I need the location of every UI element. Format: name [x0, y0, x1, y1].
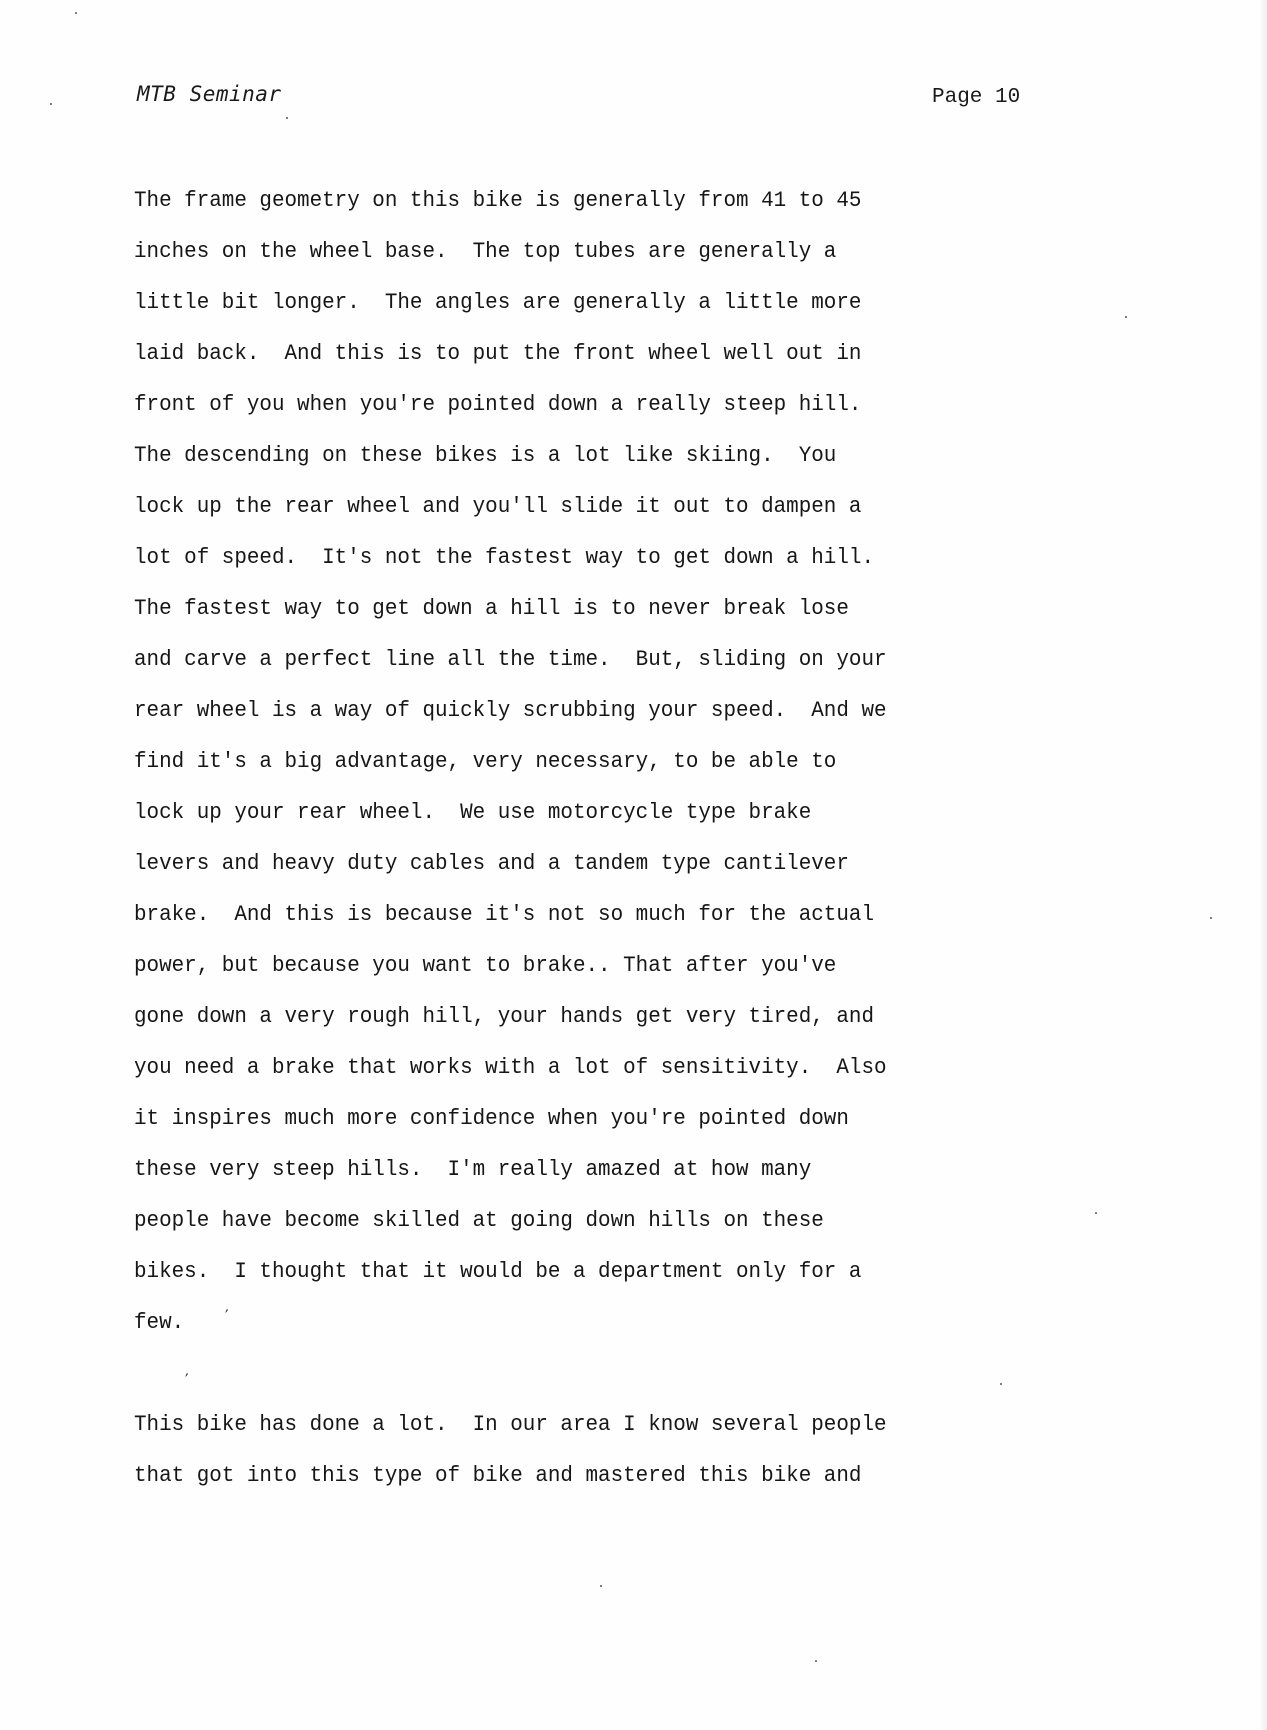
scan-speck — [286, 117, 288, 119]
text-line: power, but because you want to brake.. T… — [134, 951, 1084, 1002]
text-line: people have become skilled at going down… — [134, 1206, 1084, 1257]
text-line: levers and heavy duty cables and a tande… — [134, 849, 1084, 900]
scan-speck — [815, 1660, 817, 1662]
text-line: little bit longer. The angles are genera… — [134, 288, 1084, 339]
text-line: brake. And this is because it's not so m… — [134, 900, 1084, 951]
page-number: Page 10 — [932, 86, 1020, 109]
text-line: few. — [134, 1308, 1084, 1359]
text-line: This bike has done a lot. In our area I … — [134, 1410, 1084, 1461]
text-line: lot of speed. It's not the fastest way t… — [134, 543, 1084, 594]
text-line: The descending on these bikes is a lot l… — [134, 441, 1084, 492]
scan-speck — [1210, 917, 1212, 919]
pen-tick-mark: ′ — [225, 1306, 229, 1325]
scan-speck — [1095, 1212, 1097, 1214]
text-line: The fastest way to get down a hill is to… — [134, 594, 1084, 645]
scan-speck — [75, 12, 77, 14]
document-body: The frame geometry on this bike is gener… — [134, 186, 1084, 1512]
text-line: lock up your rear wheel. We use motorcyc… — [134, 798, 1084, 849]
text-line: it inspires much more confidence when yo… — [134, 1104, 1084, 1155]
paragraph-1: The frame geometry on this bike is gener… — [134, 186, 1084, 1359]
text-line: gone down a very rough hill, your hands … — [134, 1002, 1084, 1053]
document-title: MTB Seminar — [137, 82, 282, 106]
scan-speck — [1000, 1383, 1002, 1385]
text-line: and carve a perfect line all the time. B… — [134, 645, 1084, 696]
scan-edge-shadow — [1261, 0, 1267, 1730]
pen-tick-mark: ′ — [185, 1370, 189, 1389]
text-line: inches on the wheel base. The top tubes … — [134, 237, 1084, 288]
text-line: these very steep hills. I'm really amaze… — [134, 1155, 1084, 1206]
text-line: The frame geometry on this bike is gener… — [134, 186, 1084, 237]
text-line: lock up the rear wheel and you'll slide … — [134, 492, 1084, 543]
text-line: you need a brake that works with a lot o… — [134, 1053, 1084, 1104]
paragraph-2: This bike has done a lot. In our area I … — [134, 1410, 1084, 1512]
text-line: bikes. I thought that it would be a depa… — [134, 1257, 1084, 1308]
document-page: MTB Seminar Page 10 The frame geometry o… — [0, 0, 1267, 1730]
scan-speck — [600, 1585, 602, 1587]
text-line: laid back. And this is to put the front … — [134, 339, 1084, 390]
scan-speck — [1125, 316, 1127, 318]
text-line: front of you when you're pointed down a … — [134, 390, 1084, 441]
text-line: rear wheel is a way of quickly scrubbing… — [134, 696, 1084, 747]
text-line: that got into this type of bike and mast… — [134, 1461, 1084, 1512]
paragraph-gap — [134, 1359, 1084, 1410]
text-line: find it's a big advantage, very necessar… — [134, 747, 1084, 798]
scan-speck — [50, 103, 52, 105]
